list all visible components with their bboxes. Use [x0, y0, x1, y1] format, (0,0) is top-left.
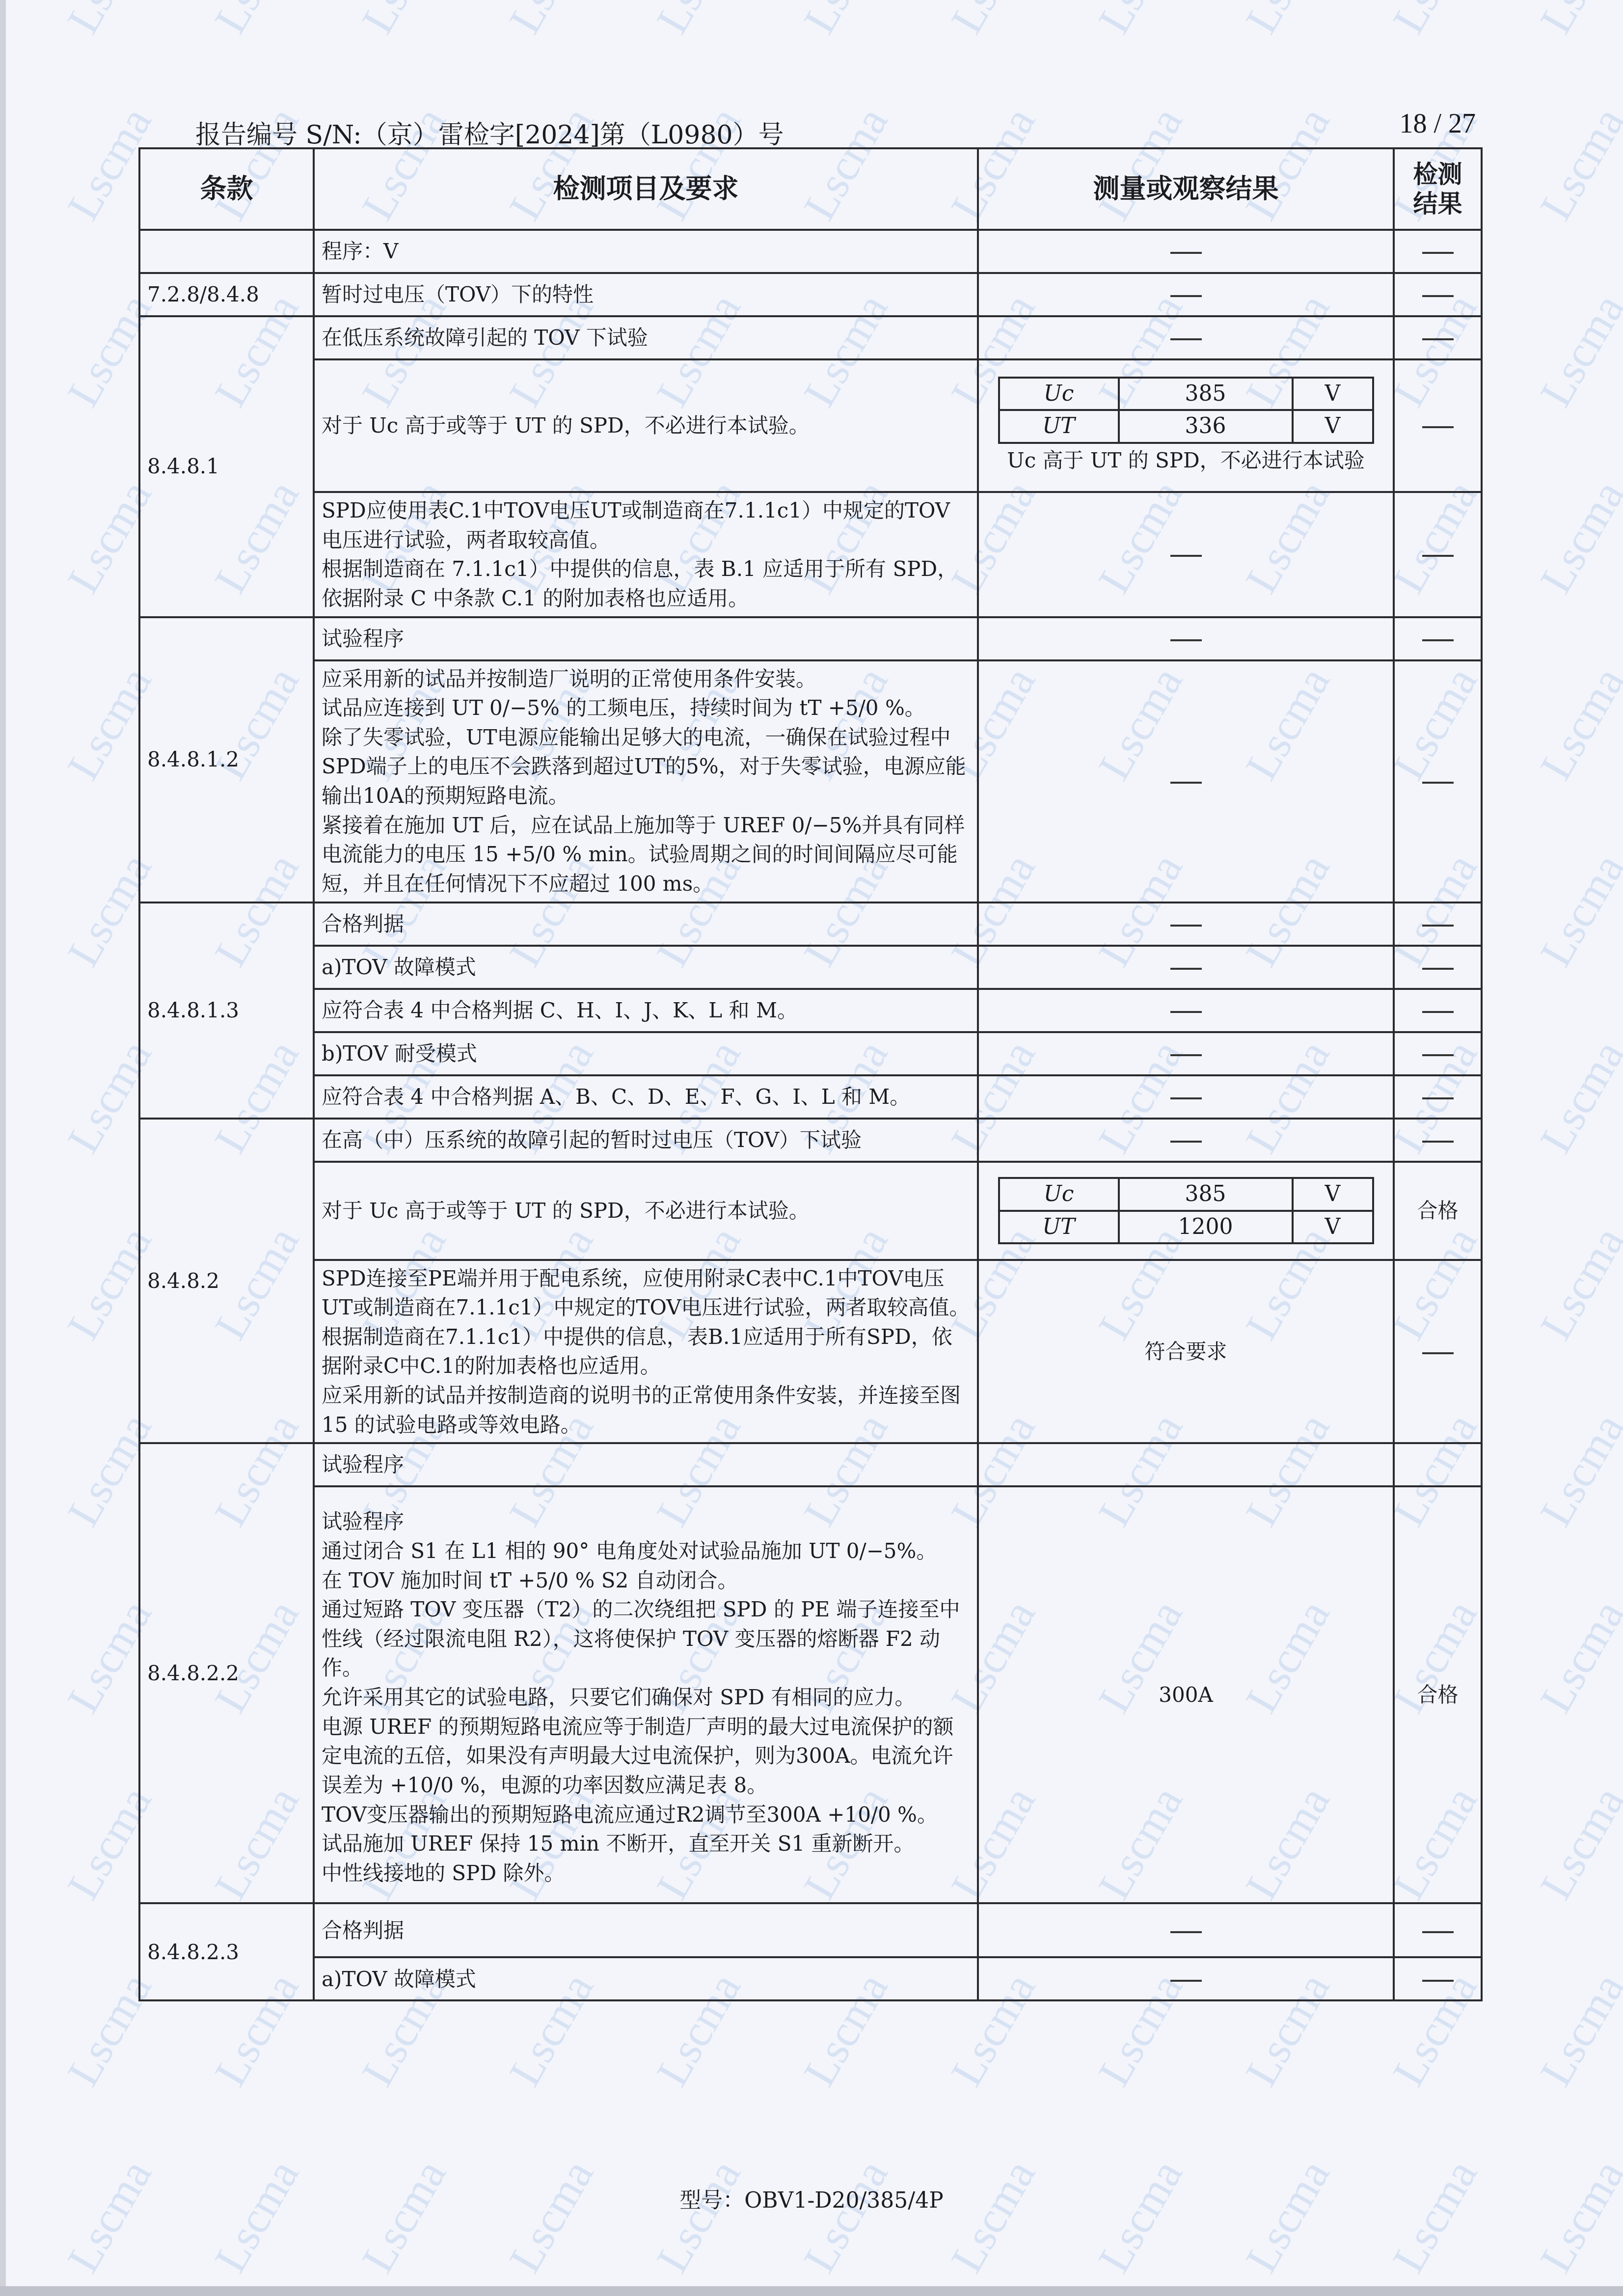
measurement-cell [978, 1443, 1394, 1486]
report-number: 报告编号 S/N:（京）雷检字[2024]第（L0980）号 [195, 114, 784, 151]
dash-mark [1170, 252, 1202, 254]
result-cell [1394, 617, 1482, 660]
voltage-row: Uc 385 V [999, 378, 1373, 410]
measurement-cell: 符合要求 [978, 1260, 1394, 1444]
voltage-value: 336 [1119, 410, 1293, 442]
table-row: 8.4.8.1 在低压系统故障引起的 TOV 下试验 [139, 316, 1482, 359]
result-cell [1394, 1443, 1482, 1486]
measurement-cell [978, 273, 1394, 316]
table-row: 应符合表 4 中合格判据 C、H、I、J、K、L 和 M。 [139, 989, 1482, 1032]
measurement-cell [978, 1119, 1394, 1162]
measurement-cell [978, 1075, 1394, 1119]
requirement-line: 试验程序 [322, 1507, 970, 1536]
clause-cell: 8.4.8.2 [139, 1119, 314, 1444]
dash-mark [1422, 639, 1454, 641]
requirement-cell: 程序：V [314, 230, 978, 273]
requirement-line: 试品应连接到 UT 0/−5% 的工频电压，持续时间为 tT +5/0 %。 [322, 693, 970, 723]
table-row: a)TOV 故障模式 [139, 1957, 1482, 2000]
dash-mark [1422, 968, 1454, 970]
measurement-cell [978, 1032, 1394, 1075]
table-row: 应符合表 4 中合格判据 A、B、C、D、E、F、G、I、L 和 M。 [139, 1075, 1482, 1119]
voltage-unit: V [1293, 410, 1373, 442]
requirement-cell: 合格判据 [314, 902, 978, 946]
table-row: 应采用新的试品并按制造厂说明的正常使用条件安装。 试品应连接到 UT 0/−5%… [139, 660, 1482, 902]
dash-mark [1170, 1054, 1202, 1056]
requirement-cell: 对于 Uc 高于或等于 UT 的 SPD，不必进行本试验。 [314, 359, 978, 492]
table-header-row: 条款 检测项目及要求 测量或观察结果 检测结果 [139, 148, 1482, 230]
model-footer: 型号：OBV1-D20/385/4P [0, 2183, 1623, 2214]
requirement-line: 电源 UREF 的预期短路电流应等于制造厂声明的最大过电流保护的额定电流的五倍，… [322, 1712, 970, 1800]
requirement-line: 通过短路 TOV 变压器（T2）的二次绕组把 SPD 的 PE 端子连接至中性线… [322, 1595, 970, 1683]
table-row: 8.4.8.2.3 合格判据 [139, 1903, 1482, 1957]
requirement-cell: 暂时过电压（TOV）下的特性 [314, 273, 978, 316]
requirement-cell: SPD应使用表C.1中TOV电压UT或制造商在7.1.1c1）中规定的TOV电压… [314, 492, 978, 617]
requirement-line: 中性线接地的 SPD 除外。 [322, 1859, 970, 1888]
dash-mark [1170, 782, 1202, 784]
requirement-cell: 合格判据 [314, 1903, 978, 1957]
table-row: b)TOV 耐受模式 [139, 1032, 1482, 1075]
dash-mark [1422, 1054, 1454, 1056]
measurement-cell [978, 617, 1394, 660]
dash-mark [1422, 1011, 1454, 1013]
column-header-result-label: 检测结果 [1411, 160, 1465, 219]
requirement-line: SPD应使用表C.1中TOV电压UT或制造商在7.1.1c1）中规定的TOV电压… [322, 496, 970, 554]
measurement-note: Uc 高于 UT 的 SPD，不必进行本试验 [984, 446, 1388, 475]
measurement-cell [978, 660, 1394, 902]
voltage-row: UT 1200 V [999, 1211, 1373, 1243]
table-row: SPD连接至PE端并用于配电系统，应使用附录C表中C.1中TOV电压UT或制造商… [139, 1260, 1482, 1444]
table-row: SPD应使用表C.1中TOV电压UT或制造商在7.1.1c1）中规定的TOV电压… [139, 492, 1482, 617]
clause-cell: 8.4.8.1.2 [139, 617, 314, 902]
requirement-line: TOV变压器输出的预期短路电流应通过R2调节至300A +10/0 %。 [322, 1800, 970, 1830]
requirement-line: 应采用新的试品并按制造厂说明的正常使用条件安装。 [322, 664, 970, 694]
dash-mark [1422, 1980, 1454, 1982]
requirement-line: 允许采用其它的试验电路，只要它们确保对 SPD 有相同的应力。 [322, 1683, 970, 1712]
requirement-line: 紧接着在施加 UT 后，应在试品上施加等于 UREF 0/−5%并具有同样电流能… [322, 811, 970, 899]
result-cell [1394, 359, 1482, 492]
dash-mark [1170, 968, 1202, 970]
dash-mark [1422, 295, 1454, 297]
dash-mark [1422, 1352, 1454, 1354]
column-header-measurement: 测量或观察结果 [978, 148, 1394, 230]
measurement-cell [978, 316, 1394, 359]
clause-cell: 8.4.8.1 [139, 316, 314, 617]
dash-mark [1170, 338, 1202, 340]
requirement-cell: 试验程序 [314, 1443, 978, 1486]
dash-mark [1170, 1980, 1202, 1982]
result-cell [1394, 1032, 1482, 1075]
dash-mark [1422, 338, 1454, 340]
measurement-cell [978, 946, 1394, 989]
result-cell [1394, 660, 1482, 902]
clause-cell: 7.2.8/8.4.8 [139, 273, 314, 316]
measurement-cell [978, 989, 1394, 1032]
table-row: 对于 Uc 高于或等于 UT 的 SPD，不必进行本试验。 Uc 385 V U… [139, 359, 1482, 492]
measurement-cell: 300A [978, 1486, 1394, 1903]
requirement-line: 应采用新的试品并按制造商的说明书的正常使用条件安装，并连接至图 15 的试验电路… [322, 1381, 970, 1439]
voltage-value: 385 [1119, 1178, 1293, 1210]
result-cell [1394, 989, 1482, 1032]
table-row: 对于 Uc 高于或等于 UT 的 SPD，不必进行本试验。 Uc 385 V U… [139, 1162, 1482, 1260]
table-row: 8.4.8.2.2 试验程序 [139, 1443, 1482, 1486]
requirement-cell: a)TOV 故障模式 [314, 1957, 978, 2000]
requirement-line: 根据制造商在 7.1.1c1）中提供的信息，表 B.1 应适用于所有 SPD，依… [322, 554, 970, 613]
result-cell [1394, 1119, 1482, 1162]
result-cell [1394, 230, 1482, 273]
requirement-cell: b)TOV 耐受模式 [314, 1032, 978, 1075]
column-header-clause: 条款 [139, 148, 314, 230]
clause-cell: 8.4.8.2.2 [139, 1443, 314, 1903]
requirement-cell: 应采用新的试品并按制造厂说明的正常使用条件安装。 试品应连接到 UT 0/−5%… [314, 660, 978, 902]
result-cell [1394, 316, 1482, 359]
voltage-row: UT 336 V [999, 410, 1373, 442]
dash-mark [1422, 555, 1454, 557]
result-cell [1394, 1957, 1482, 2000]
voltage-name: Uc [999, 378, 1119, 410]
voltage-table: Uc 385 V UT 1200 V [998, 1177, 1374, 1244]
page-indicator: 18 / 27 [1399, 108, 1476, 139]
requirement-text: 对于 Uc 高于或等于 UT 的 SPD，不必进行本试验。 [322, 413, 810, 437]
scan-edge-left [0, 0, 6, 2296]
requirement-cell: 对于 Uc 高于或等于 UT 的 SPD，不必进行本试验。 [314, 1162, 978, 1260]
dash-mark [1170, 295, 1202, 297]
requirement-line: SPD连接至PE端并用于配电系统，应使用附录C表中C.1中TOV电压UT或制造商… [322, 1264, 970, 1381]
clause-cell: 8.4.8.1.3 [139, 902, 314, 1119]
result-cell [1394, 1260, 1482, 1444]
requirement-line: 在 TOV 施加时间 tT +5/0 % S2 自动闭合。 [322, 1566, 970, 1595]
result-cell [1394, 902, 1482, 946]
test-results-table: 条款 检测项目及要求 测量或观察结果 检测结果 程序：V 7.2.8/8.4.8… [138, 147, 1483, 2001]
dash-mark [1422, 925, 1454, 927]
voltage-unit: V [1293, 1211, 1373, 1243]
voltage-table: Uc 385 V UT 336 V [998, 377, 1374, 444]
dash-mark [1422, 1097, 1454, 1099]
voltage-unit: V [1293, 1178, 1373, 1210]
dash-mark [1170, 639, 1202, 641]
measurement-cell [978, 1957, 1394, 2000]
result-cell: 合格 [1394, 1162, 1482, 1260]
measurement-cell: Uc 385 V UT 1200 V [978, 1162, 1394, 1260]
result-cell [1394, 1903, 1482, 1957]
table-row: a)TOV 故障模式 [139, 946, 1482, 989]
voltage-name: Uc [999, 1178, 1119, 1210]
measurement-cell [978, 492, 1394, 617]
requirement-cell: 应符合表 4 中合格判据 A、B、C、D、E、F、G、I、L 和 M。 [314, 1075, 978, 1119]
table-row: 程序：V [139, 230, 1482, 273]
voltage-unit: V [1293, 378, 1373, 410]
dash-mark [1422, 782, 1454, 784]
clause-cell [139, 230, 314, 273]
voltage-row: Uc 385 V [999, 1178, 1373, 1210]
requirement-cell: 在低压系统故障引起的 TOV 下试验 [314, 316, 978, 359]
measurement-cell: Uc 385 V UT 336 V Uc 高于 UT 的 SPD，不必进行本试验 [978, 359, 1394, 492]
dash-mark [1422, 252, 1454, 254]
requirement-cell: 试验程序 [314, 617, 978, 660]
dash-mark [1422, 426, 1454, 428]
table-row: 8.4.8.1.2 试验程序 [139, 617, 1482, 660]
clause-cell: 8.4.8.2.3 [139, 1903, 314, 2000]
dash-mark [1170, 925, 1202, 927]
table-row: 试验程序 通过闭合 S1 在 L1 相的 90° 电角度处对试验品施加 UT 0… [139, 1486, 1482, 1903]
column-header-requirement: 检测项目及要求 [314, 148, 978, 230]
measurement-cell [978, 902, 1394, 946]
result-cell [1394, 492, 1482, 617]
dash-mark [1170, 1097, 1202, 1099]
dash-mark [1170, 1011, 1202, 1013]
voltage-value: 1200 [1119, 1211, 1293, 1243]
result-cell: 合格 [1394, 1486, 1482, 1903]
scan-edge-bottom [0, 2286, 1623, 2296]
requirement-cell: a)TOV 故障模式 [314, 946, 978, 989]
result-cell [1394, 273, 1482, 316]
requirement-cell: 试验程序 通过闭合 S1 在 L1 相的 90° 电角度处对试验品施加 UT 0… [314, 1486, 978, 1903]
table-row: 8.4.8.1.3 合格判据 [139, 902, 1482, 946]
requirement-cell: SPD连接至PE端并用于配电系统，应使用附录C表中C.1中TOV电压UT或制造商… [314, 1260, 978, 1444]
table-row: 7.2.8/8.4.8 暂时过电压（TOV）下的特性 [139, 273, 1482, 316]
measurement-cell [978, 1903, 1394, 1957]
requirement-cell: 在高（中）压系统的故障引起的暂时过电压（TOV）下试验 [314, 1119, 978, 1162]
result-cell [1394, 946, 1482, 989]
dash-mark [1170, 555, 1202, 557]
requirement-cell: 应符合表 4 中合格判据 C、H、I、J、K、L 和 M。 [314, 989, 978, 1032]
measurement-cell [978, 230, 1394, 273]
table-row: 8.4.8.2 在高（中）压系统的故障引起的暂时过电压（TOV）下试验 [139, 1119, 1482, 1162]
page-header: 报告编号 S/N:（京）雷检字[2024]第（L0980）号 18 / 27 [195, 114, 1476, 143]
dash-mark [1422, 1141, 1454, 1143]
result-cell [1394, 1075, 1482, 1119]
dash-mark [1170, 1141, 1202, 1143]
requirement-line: 除了失零试验，UT电源应能输出足够大的电流，一确保在试验过程中SPD端子上的电压… [322, 723, 970, 811]
requirement-line: 通过闭合 S1 在 L1 相的 90° 电角度处对试验品施加 UT 0/−5%。 [322, 1536, 970, 1566]
voltage-name: UT [999, 1211, 1119, 1243]
voltage-value: 385 [1119, 378, 1293, 410]
dash-mark [1422, 1931, 1454, 1933]
requirement-line: 试品施加 UREF 保持 15 min 不断开，直至开关 S1 重新断开。 [322, 1829, 970, 1859]
column-header-result: 检测结果 [1394, 148, 1482, 230]
dash-mark [1170, 1931, 1202, 1933]
voltage-name: UT [999, 410, 1119, 442]
